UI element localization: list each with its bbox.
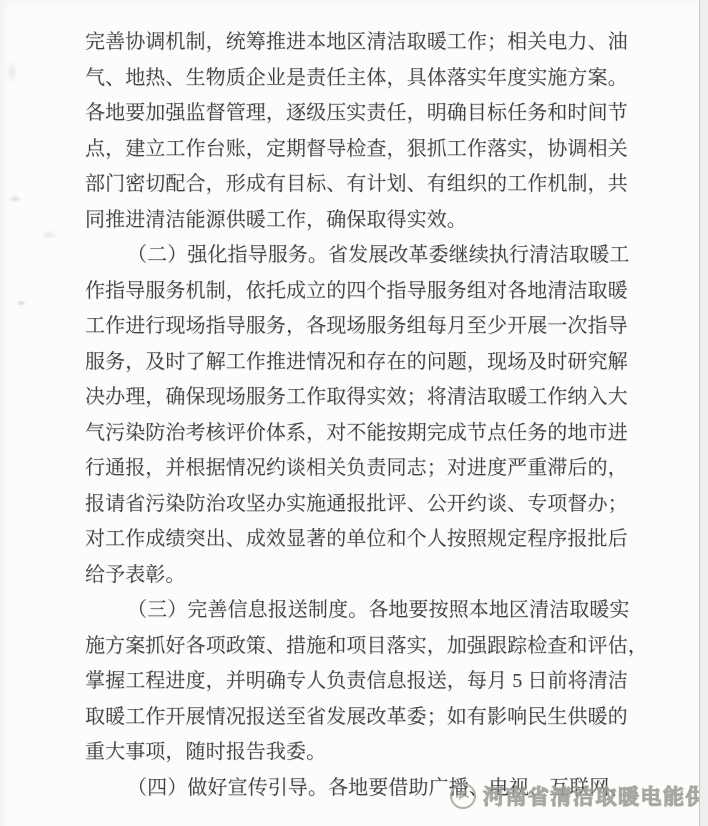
document-body: 完善协调机制，统筹推进本地区清洁取暖工作；相关电力、油 气、地热、生物质企业是责… [85, 25, 655, 806]
text-line: 给予表彰。 [85, 558, 655, 594]
swirl-logo-icon [448, 781, 478, 811]
text-line: 取暖工作开展情况报送至省发展改革委；如有影响民生供暖的 [85, 700, 655, 736]
scanner-background-strip [700, 0, 708, 826]
text-line: 决办理，确保现场服务工作取得实效；将清洁取暖工作纳入大 [85, 380, 655, 416]
text-line: 部门密切配合，形成有目标、有计划、有组织的工作机制，共 [85, 167, 655, 203]
text-line: 工作进行现场指导服务，各现场服务组每月至少开展一次指导 [85, 309, 655, 345]
text-line: （二）强化指导服务。省发展改革委继续执行清洁取暖工 [85, 238, 655, 274]
text-line: 施方案抓好各项政策、措施和项目落实，加强跟踪检查和评估， [85, 629, 655, 665]
text-line: 对工作成绩突出、成效显著的单位和个人按照规定程序报批后 [85, 522, 655, 558]
scanned-document-page: 完善协调机制，统筹推进本地区清洁取暖工作；相关电力、油 气、地热、生物质企业是责… [0, 0, 708, 826]
text-line: 气、地热、生物质企业是责任主体，具体落实年度实施方案。 [85, 61, 655, 97]
text-line: （三）完善信息报送制度。各地要按照本地区清洁取暖实 [85, 593, 655, 629]
text-line: 各地要加强监督管理，逐级压实责任，明确目标任务和时间节 [85, 96, 655, 132]
watermark: 河南省清洁取暖电能供热 [448, 781, 708, 811]
text-line: 掌握工程进度，并明确专人负责信息报送，每月 5 日前将清洁 [85, 664, 655, 700]
scan-artifact [16, 300, 26, 306]
scan-artifact [8, 195, 22, 203]
watermark-text: 河南省清洁取暖电能供热 [483, 781, 708, 811]
text-line: 行通报，并根据情况约谈相关负责同志；对进度严重滞后的， [85, 451, 655, 487]
text-line: 气污染防治考核评价体系，对不能按期完成节点任务的地市进 [85, 416, 655, 452]
text-line: 点，建立工作台账，定期督导检查，狠抓工作落实，协调相关 [85, 132, 655, 168]
text-line: 重大事项，随时报告我委。 [85, 735, 655, 771]
text-line: 完善协调机制，统筹推进本地区清洁取暖工作；相关电力、油 [85, 25, 655, 61]
scan-artifact [6, 60, 18, 84]
text-line: 作指导服务机制，依托成立的四个指导服务组对各地清洁取暖 [85, 274, 655, 310]
text-line: 同推进清洁能源供暖工作，确保取得实效。 [85, 203, 655, 239]
scan-artifact [40, 230, 58, 240]
text-line: 报请省污染防治攻坚办实施通报批评、公开约谈、专项督办； [85, 487, 655, 523]
text-line: 服务，及时了解工作推进情况和存在的问题，现场及时研究解 [85, 345, 655, 381]
